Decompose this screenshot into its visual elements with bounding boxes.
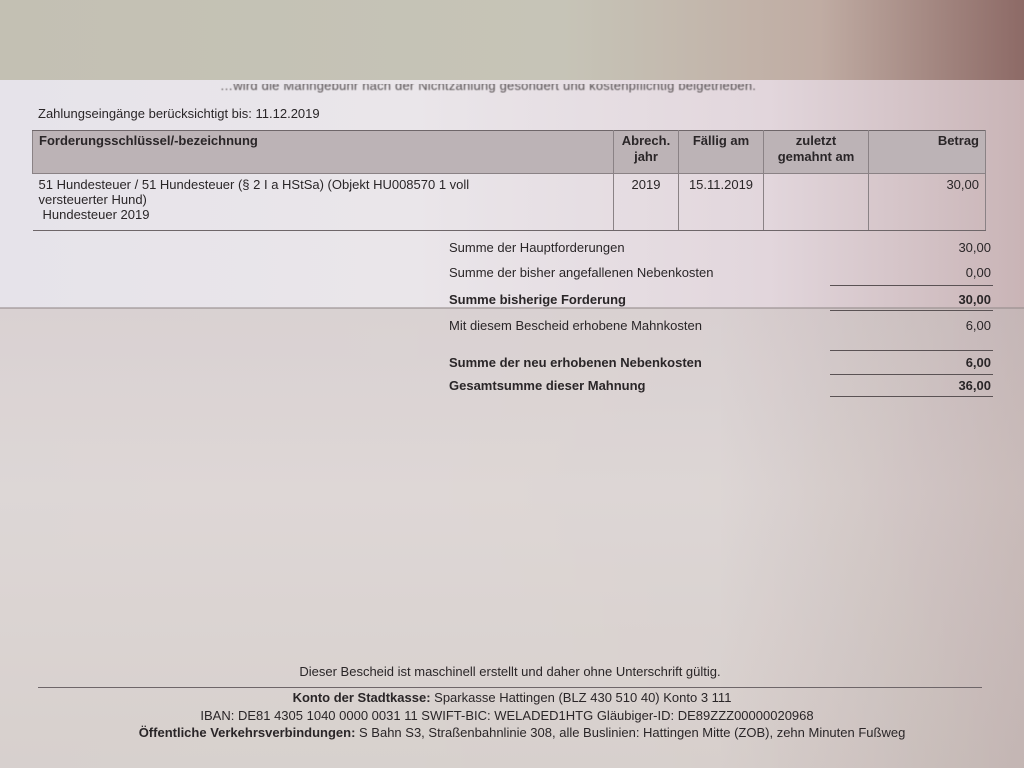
claim-description-line-2: versteuerter Hund)	[39, 192, 608, 207]
claims-table-header: Forderungsschlüssel/-bezeichnung Abrech.…	[33, 131, 986, 174]
summary-value: 36,00	[958, 378, 991, 393]
summary-previous-claim: Summe bisherige Forderung 30,00	[449, 292, 991, 310]
summary-value: 6,00	[966, 318, 991, 333]
summary-underline	[830, 310, 993, 311]
transport-value: S Bahn S3, Straßenbahnlinie 308, alle Bu…	[355, 725, 905, 740]
summary-label: Summe der Hauptforderungen	[449, 240, 625, 255]
claim-description-line-1: 51 Hundesteuer / 51 Hundesteuer (§ 2 I a…	[39, 177, 608, 192]
transport-label: Öffentliche Verkehrsverbindungen:	[139, 725, 356, 740]
summary-previous-costs: Summe der bisher angefallenen Nebenkoste…	[449, 265, 991, 283]
summary-label: Summe bisherige Forderung	[449, 292, 626, 307]
background-sheet	[0, 0, 1024, 90]
summary-label: Gesamtsumme dieser Mahnung	[449, 378, 646, 393]
claim-description: 51 Hundesteuer / 51 Hundesteuer (§ 2 I a…	[33, 174, 614, 231]
summary-new-costs: Summe der neu erhobenen Nebenkosten 6,00	[449, 355, 991, 373]
table-row: 51 Hundesteuer / 51 Hundesteuer (§ 2 I a…	[33, 174, 986, 231]
summary-value: 0,00	[966, 265, 991, 280]
footer-account: Konto der Stadtkasse: Sparkasse Hattinge…	[0, 690, 1024, 705]
footer-bank-details: IBAN: DE81 4305 1040 0000 0031 11 SWIFT-…	[0, 708, 1019, 723]
summary-label: Summe der neu erhobenen Nebenkosten	[449, 355, 702, 370]
summary-grand-total: Gesamtsumme dieser Mahnung 36,00	[449, 378, 991, 396]
claim-year: 2019	[614, 174, 679, 231]
col-header-description: Forderungsschlüssel/-bezeichnung	[33, 131, 614, 174]
summary-underline	[830, 374, 993, 375]
summary-underline	[830, 285, 993, 286]
claim-description-line-3: Hundesteuer 2019	[39, 207, 608, 222]
account-label: Konto der Stadtkasse:	[293, 690, 431, 705]
summary-value: 30,00	[958, 240, 991, 255]
machine-generated-notice: Dieser Bescheid ist maschinell erstellt …	[0, 664, 1022, 679]
summary-underline	[830, 396, 993, 397]
summary-label: Summe der bisher angefallenen Nebenkoste…	[449, 265, 714, 280]
account-value: Sparkasse Hattingen (BLZ 430 510 40) Kon…	[431, 690, 732, 705]
claims-table: Forderungsschlüssel/-bezeichnung Abrech.…	[32, 130, 986, 231]
col-header-year: Abrech. jahr	[614, 131, 679, 174]
claim-due-date: 15.11.2019	[679, 174, 764, 231]
summary-main-claims: Summe der Hauptforderungen 30,00	[449, 240, 991, 258]
col-header-due: Fällig am	[679, 131, 764, 174]
payments-considered-date: Zahlungseingänge berücksichtigt bis: 11.…	[38, 106, 320, 121]
col-header-amount: Betrag	[869, 131, 986, 174]
col-header-last-reminded: zuletzt gemahnt am	[764, 131, 869, 174]
footer-divider	[38, 687, 982, 688]
summary-reminder-fees: Mit diesem Bescheid erhobene Mahnkosten …	[449, 318, 991, 336]
summary-value: 30,00	[958, 292, 991, 307]
footer-transport: Öffentliche Verkehrsverbindungen: S Bahn…	[10, 725, 1024, 740]
claim-amount: 30,00	[869, 174, 986, 231]
summary-value: 6,00	[966, 355, 991, 370]
summary-label: Mit diesem Bescheid erhobene Mahnkosten	[449, 318, 702, 333]
summary-underline	[830, 350, 993, 351]
claim-last-reminded	[764, 174, 869, 231]
